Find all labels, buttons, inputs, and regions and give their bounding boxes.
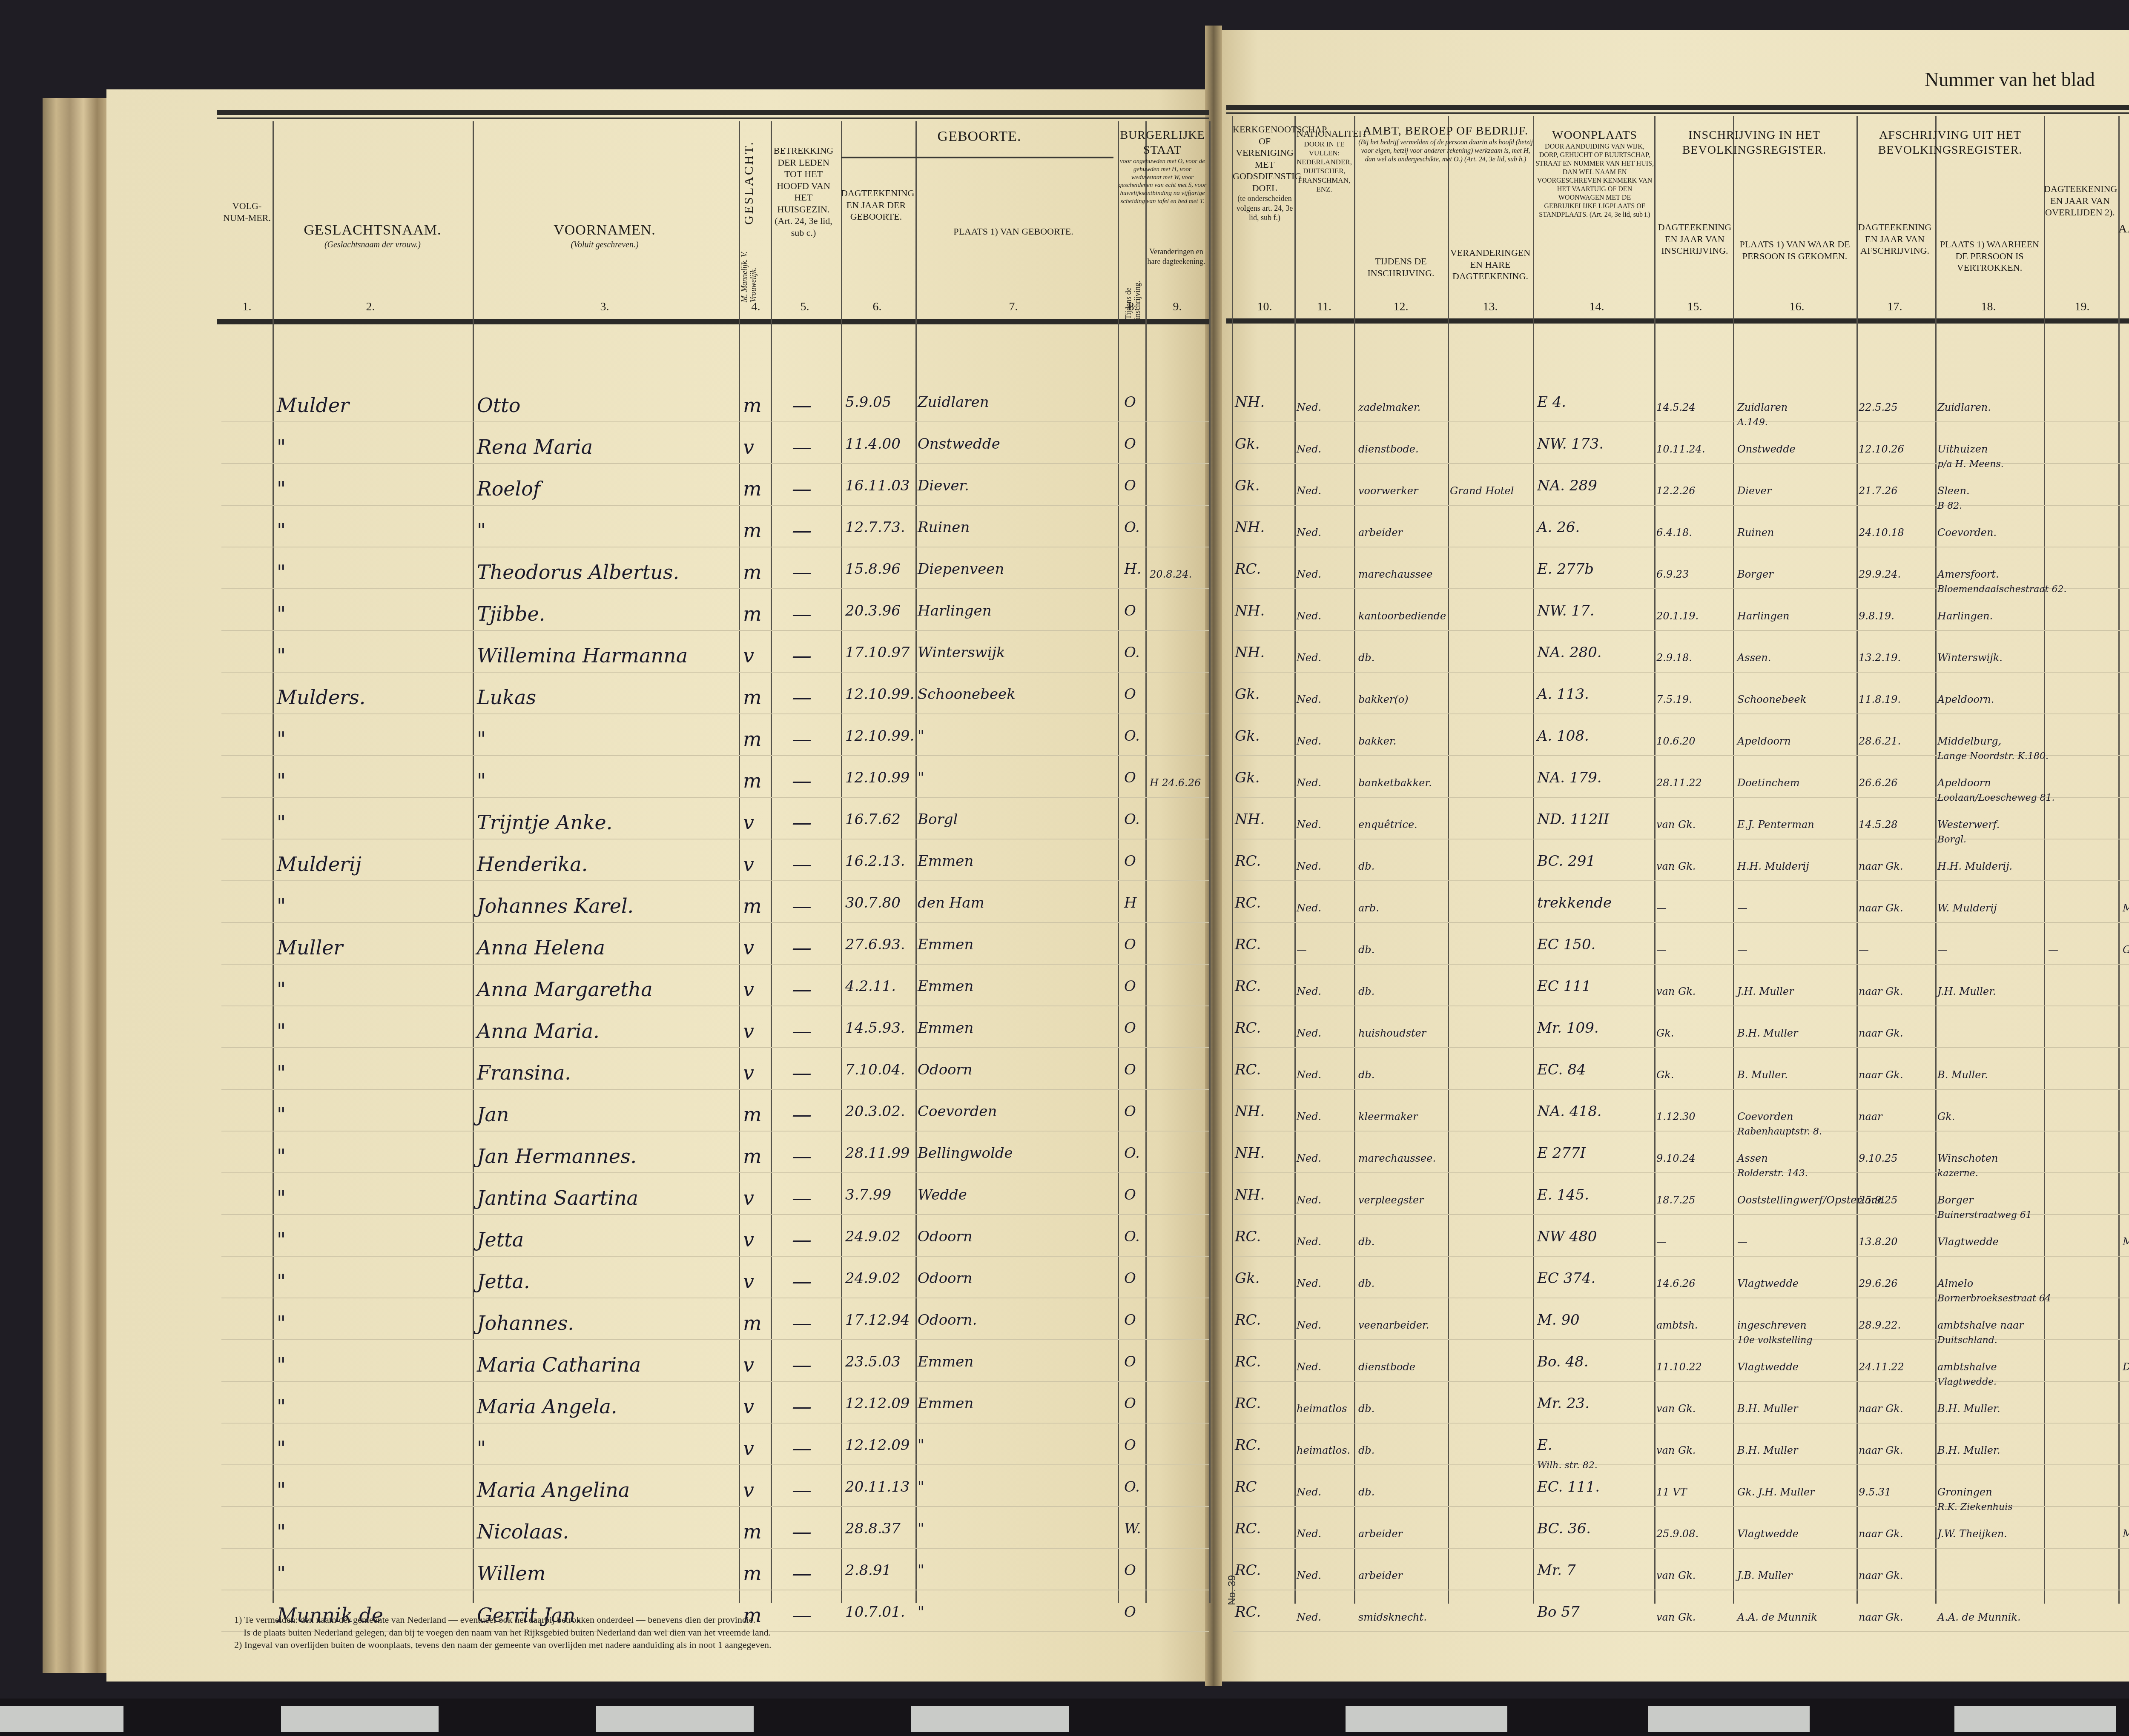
birth-place-cell: " [918,1520,924,1537]
civil-status-cell: O [1124,1186,1136,1203]
column-divider [1209,121,1211,1603]
sex-cell: m [743,894,762,917]
ruled-line [1233,1631,2129,1632]
civil-status-cell: O [1124,1604,1136,1621]
ruled-line [221,839,1209,839]
registration-from-cell: Assen [1737,1152,1768,1164]
nationality-cell: Ned. [1297,1528,1321,1540]
registration-date-cell: van Gk. [1656,985,1696,997]
birth-date-cell: 12.10.99 [845,769,910,786]
column-divider [473,121,474,1603]
registration-from-note: Rabenhauptstr. 8. [1737,1126,1822,1137]
civil-status-cell: O. [1124,644,1140,661]
ruled-line [1233,964,2129,965]
address-cell: trekkende [1537,894,1612,911]
nationality-cell: Ned. [1297,652,1321,664]
relation-cell: — [792,728,812,751]
ruled-line [1233,1172,2129,1173]
sex-cell: m [743,1312,762,1335]
deregistration-date-cell: naar Gk. [1859,1528,1903,1540]
address-cell: Mr. 109. [1537,1020,1599,1037]
remarks-cell: M2. 121. [2123,1528,2129,1540]
deregistration-to-note: Bornerbroeksestraat 64 [1937,1293,2051,1304]
civil-status-cell: O [1124,435,1136,453]
birth-date-cell: 12.12.09 [845,1437,910,1454]
birth-date-cell: 11.4.00 [845,435,901,453]
ruled-line [1233,922,2129,923]
ruled-line [1233,630,2129,631]
church-cell: RC. [1235,1228,1261,1245]
registration-date-cell: 11 VT [1656,1486,1687,1498]
registration-from-cell: B. Muller. [1737,1069,1788,1081]
column-number: 18. [1976,300,2001,314]
ruled-line [1233,880,2129,881]
address-cell: Bo. 48. [1537,1353,1589,1370]
deregistration-date-cell: 9.10.25 [1859,1152,1898,1164]
civil-status-cell: O [1124,853,1136,870]
registration-from-cell: Vlagtwedde [1737,1278,1799,1289]
nationality-cell: Ned. [1297,485,1321,497]
column-divider [273,121,274,1603]
sex-cell: m [743,1520,762,1543]
deregistration-date-cell: 9.8.19. [1859,610,1894,622]
nationality-cell: Ned. [1297,777,1321,789]
deregistration-date-cell: 13.8.20 [1859,1236,1898,1248]
surname-cell: " [277,1186,286,1209]
header-afschrijving: AFSCHRIJVING UIT HET BEVOLKINGSREGISTER. [1856,128,2044,158]
occupation-cell: dienstbode. [1358,443,1419,455]
deregistration-to-cell: Zuidlaren. [1937,401,1991,413]
first-names-cell: Johannes Karel. [477,894,634,917]
registration-date-cell: 2.9.18. [1656,652,1692,664]
sex-cell: v [743,1186,754,1209]
birth-date-cell: 7.10.04. [845,1061,905,1078]
occupation-cell: db. [1358,652,1374,664]
birth-date-cell: 5.9.05 [845,394,891,411]
column-number: 15. [1682,300,1707,314]
ruled-line [1233,1256,2129,1257]
surname-cell: " [277,1437,286,1460]
remarks-cell: M3-131. [2123,902,2129,914]
ruled-line [221,1298,1209,1298]
relation-cell: — [792,477,812,500]
church-cell: NH. [1235,602,1265,619]
occupation-cell: marechaussee. [1358,1152,1436,1164]
right-page [1214,30,2129,1682]
first-names-cell: " [477,519,486,542]
first-names-cell: Henderika. [477,853,588,876]
surname-cell: Mulders. [277,686,365,709]
occupation-cell: dienstbode [1358,1361,1415,1373]
deregistration-date-cell: naar Gk. [1859,985,1903,997]
deregistration-to-cell: ambtshalve naar [1937,1319,2024,1331]
nationality-cell: Ned. [1297,819,1321,831]
column-divider [1232,116,1233,1604]
registration-date-cell: van Gk. [1656,1570,1696,1581]
sex-cell: v [743,1395,754,1418]
birth-place-cell: Diever. [918,477,969,494]
first-names-cell: Theodorus Albertus. [477,561,679,584]
sex-cell: m [743,477,762,500]
nationality-cell: Ned. [1297,1236,1321,1248]
deregistration-date-cell: 22.5.25 [1859,401,1898,413]
first-names-cell: Jetta [477,1228,524,1251]
church-cell: Gk. [1235,1270,1260,1287]
deregistration-to-note: Borgl. [1937,834,1966,845]
civil-status-cell: O. [1124,519,1140,536]
church-cell: RC [1235,1478,1257,1495]
registration-date-cell: 7.5.19. [1656,693,1692,705]
address-cell: EC. 84 [1537,1061,1586,1078]
ruled-line [1233,1590,2129,1590]
address-cell: E 4. [1537,394,1566,411]
deregistration-to-cell: W. Mulderij [1937,902,1997,914]
occupation-cell: kleermaker [1358,1111,1417,1123]
registration-date-cell: 14.6.26 [1656,1278,1696,1289]
registration-from-cell: — [1737,1236,1747,1248]
address-cell: Mr. 7 [1537,1562,1576,1579]
header-voornamen: VOORNAMEN.(Voluit geschreven.) [473,221,737,250]
registration-from-cell: Diever [1737,485,1771,497]
church-cell: RC. [1235,1437,1261,1454]
ruled-line [221,1256,1209,1257]
registration-from-cell: Harlingen [1737,610,1790,622]
header-geboorte-datum: DAGTEEKENING EN JAAR DER GEBOORTE. [841,187,911,223]
church-cell: RC. [1235,978,1261,995]
birth-date-cell: 12.10.99. [845,728,914,745]
occupation-cell: db. [1358,944,1374,956]
sex-cell: v [743,1437,754,1460]
registration-date-cell: 11.10.22 [1656,1361,1702,1373]
civil-status-cell: O [1124,1395,1136,1412]
birth-place-cell: Odoorn [918,1228,973,1245]
relation-cell: — [792,894,812,917]
registration-from-cell: Assen. [1737,652,1771,664]
ruled-line [221,1423,1209,1424]
ruled-line [221,547,1209,547]
column-divider [2118,116,2120,1604]
birth-place-cell: Emmen [918,853,973,870]
church-cell: RC. [1235,853,1261,870]
column-number: 11. [1311,300,1337,314]
civil-status-cell: O [1124,1270,1136,1287]
deregistration-date-cell: naar Gk. [1859,860,1903,872]
civil-status-cell: O [1124,769,1136,786]
nationality-cell: Ned. [1297,1361,1321,1373]
civil-status-cell: O [1124,1437,1136,1454]
column-number: 4. [743,300,769,314]
birth-place-cell: " [918,1562,924,1579]
birth-place-cell: Odoorn [918,1270,973,1287]
sex-cell: v [743,644,754,667]
column-number: 8. [1120,300,1145,314]
registration-from-cell: Onstwedde [1737,443,1796,455]
occupation-cell: db. [1358,985,1374,997]
relation-cell: — [792,519,812,542]
occupation-cell: arbeider [1358,1570,1403,1581]
first-names-cell: Roelof [477,477,540,500]
ruled-line [1233,505,2129,506]
deregistration-to-cell: — [1937,944,1948,956]
address-cell: NW. 17. [1537,602,1594,619]
address-cell: A. 26. [1537,519,1580,536]
ruled-line [1233,1548,2129,1549]
birth-place-cell: Emmen [918,978,973,995]
registration-from-cell: J.B. Muller [1737,1570,1792,1581]
column-divider [771,121,772,1603]
top-rule-left-thin [217,117,1209,119]
column-number: 13. [1478,300,1503,314]
header-geboorte-group: GEBOORTE. [841,128,1118,146]
relation-cell: — [792,1061,812,1084]
nationality-cell: Ned. [1297,693,1321,705]
deregistration-date-cell: 14.5.28 [1859,819,1898,831]
geboorte-subrule [841,157,1113,158]
column-divider [2044,116,2045,1604]
ruled-line [221,1172,1209,1173]
address-cell: EC 111 [1537,978,1591,995]
ruled-line [221,713,1209,714]
deregistration-date-cell: naar Gk. [1859,1027,1903,1039]
registration-date-cell: — [1656,1236,1667,1248]
deregistration-to-cell: Gk. [1937,1111,1955,1123]
deregistration-to-cell: Winterswijk. [1937,652,2003,664]
sex-cell: m [743,561,762,584]
address-cell: E. [1537,1437,1552,1454]
deregistration-to-cell: Middelburg, [1937,735,2001,747]
first-names-cell: Willem [477,1562,545,1585]
civil-status-cell: O [1124,1020,1136,1037]
relation-cell: — [792,853,812,876]
first-names-cell: " [477,1437,486,1460]
ruled-line [221,1464,1209,1465]
birth-date-cell: 12.12.09 [845,1395,910,1412]
header-aanmerkingen: AANMERKINGEN.(Art. 24, 5e lid.) [2118,221,2129,248]
church-cell: Gk. [1235,435,1260,453]
first-names-cell: Nicolaas. [477,1520,569,1543]
relation-cell: — [792,936,812,959]
occupation-cell: db. [1358,1278,1374,1289]
ruled-line [1233,672,2129,673]
sex-cell: v [743,1228,754,1251]
church-cell: RC. [1235,1395,1261,1412]
birth-date-cell: 16.11.03 [845,477,910,494]
church-cell: NH. [1235,1103,1265,1120]
registration-from-note: A.149. [1737,417,1768,428]
ruled-line [1233,547,2129,547]
sex-cell: m [743,1103,762,1126]
registration-from-cell: Zuidlaren [1737,401,1788,413]
registration-date-cell: van Gk. [1656,1444,1696,1456]
address-cell: NA. 280. [1537,644,1602,661]
occupation-cell: arbeider [1358,527,1403,539]
ruled-line [1233,1131,2129,1132]
birth-place-cell: Emmen [918,1395,973,1412]
occupation-cell: db. [1358,1444,1374,1456]
deregistration-date-cell: naar Gk. [1859,1444,1903,1456]
occupation-cell: bakker. [1358,735,1396,747]
deregistration-date-cell: 28.9.22. [1859,1319,1901,1331]
registration-from-cell: A.A. de Munnik [1737,1611,1817,1623]
ruled-line [221,1047,1209,1048]
nationality-cell: Ned. [1297,985,1321,997]
surname-cell: " [277,1270,286,1293]
sheet-number-label: Nummer van het blad [1925,68,2095,91]
deregistration-to-note: B 82. [1937,501,1962,511]
registration-date-cell: Gk. [1656,1027,1674,1039]
nationality-cell: — [1297,944,1307,956]
column-number: 17. [1882,300,1908,314]
church-cell: RC. [1235,1061,1261,1078]
deregistration-to-cell: H.H. Mulderij. [1937,860,2012,872]
address-cell: NA. 289 [1537,477,1597,494]
deregistration-to-note: p/a H. Meens. [1937,459,2004,470]
occupation-change-cell: Grand Hotel [1450,485,1514,497]
surname-cell: " [277,602,286,625]
registration-from-cell: Schoonebeek [1737,693,1806,705]
civil-status-cell: O. [1124,1478,1140,1495]
birth-place-cell: Odoorn. [918,1312,977,1329]
top-rule-right-thin [1226,112,2129,114]
birth-date-cell: 17.10.97 [845,644,910,661]
registration-date-cell: 14.5.24 [1656,401,1696,413]
ruled-line [1233,839,2129,839]
address-cell: E. 145. [1537,1186,1589,1203]
column-number: 14. [1584,300,1610,314]
relation-cell: — [792,1228,812,1251]
header-betrekking: BETREKKING DER LEDEN TOT HET HOOFD VAN H… [772,145,835,238]
registration-from-cell: Borger [1737,568,1773,580]
gutter-number: No. 39 [1226,1575,1238,1605]
footnote-1b: Is de plaats buiten Nederland gelegen, d… [234,1626,772,1639]
address-cell: NA. 179. [1537,769,1602,786]
registration-date-cell: van Gk. [1656,860,1696,872]
registration-from-cell: B.H. Muller [1737,1444,1798,1456]
deregistration-to-note: Vlagtwedde. [1937,1377,1997,1387]
registration-from-cell: Apeldoorn [1737,735,1791,747]
scale-square [596,1706,754,1732]
birth-place-cell: Diepenveen [918,561,1004,578]
deregistration-to-note: kazerne. [1937,1168,1978,1179]
nationality-cell: Ned. [1297,1194,1321,1206]
column-divider [915,121,917,1603]
relation-cell: — [792,1145,812,1168]
column-number: 16. [1784,300,1810,314]
birth-date-cell: 20.3.02. [845,1103,905,1120]
header-ambt-tijdens: TIJDENS DE INSCHRIJVING. [1358,255,1443,279]
registration-from-cell: Doetinchem [1737,777,1800,789]
occupation-cell: bakker(o) [1358,693,1409,705]
column-number: 9. [1165,300,1190,314]
relation-cell: — [792,978,812,1001]
column-number: 1. [234,300,260,314]
nationality-cell: Ned. [1297,902,1321,914]
column-divider [739,121,740,1603]
relation-cell: — [792,1186,812,1209]
header-afschrijving-datum: DAGTEEKENING EN JAAR VAN AFSCHRIJVING. [1856,221,1933,257]
deregistration-to-cell: B. Muller. [1937,1069,1988,1081]
relation-cell: — [792,1270,812,1293]
column-divider [1145,121,1147,1603]
surname-cell: " [277,435,286,458]
address-cell: NW. 173. [1537,435,1604,453]
church-cell: RC. [1235,561,1261,578]
occupation-cell: enquêtrice. [1358,819,1417,831]
deregistration-date-cell: 24.11.22 [1859,1361,1904,1373]
birth-date-cell: 24.9.02 [845,1228,901,1245]
surname-cell: " [277,1228,286,1251]
footnote-1: 1) Te vermelden: den naam der gemeente v… [234,1613,772,1626]
civil-status-change-cell: 20.8.24. [1150,568,1192,580]
birth-place-cell: den Ham [918,894,984,911]
nationality-cell: Ned. [1297,1152,1321,1164]
ruled-line [221,1339,1209,1340]
birth-place-cell: Wedde [918,1186,967,1203]
sex-cell: v [743,936,754,959]
nationality-cell: Ned. [1297,1611,1321,1623]
deregistration-date-cell: 25.9.25 [1859,1194,1898,1206]
header-overlijden: DAGTEEKENING EN JAAR VAN OVERLIJDEN 2). [2044,183,2116,218]
registration-from-cell: E.J. Penterman [1737,819,1814,831]
civil-status-cell: O. [1124,728,1140,745]
first-names-cell: Anna Margaretha [477,978,653,1001]
scale-square [911,1706,1069,1732]
deregistration-to-cell: Uithuizen [1937,443,1988,455]
column-divider [1654,116,1656,1604]
ruled-line [1233,1464,2129,1465]
nationality-cell: Ned. [1297,860,1321,872]
registration-date-cell: 12.2.26 [1656,485,1696,497]
header-geslacht: GESLACHT. [742,140,756,225]
page-stack-left [43,98,111,1673]
scale-square [0,1706,123,1732]
registration-from-cell: Vlagtwedde [1737,1361,1799,1373]
civil-status-cell: O [1124,1562,1136,1579]
ruled-line [221,505,1209,506]
surname-cell: Mulder [277,394,349,417]
relation-cell: — [792,1604,812,1627]
registration-date-cell: 9.10.24 [1656,1152,1696,1164]
ruled-line [221,463,1209,464]
registration-date-cell: 1.12.30 [1656,1111,1696,1123]
registration-from-cell: ingeschreven [1737,1319,1807,1331]
footnote-2: 2) Ingeval van overlijden buiten de woon… [234,1639,772,1651]
column-divider [841,121,842,1603]
ruled-line [221,672,1209,673]
remarks-cell: Deze persoon werd ambtshalve naar deze g… [2123,1361,2129,1373]
address-cell: E. 277b [1537,561,1594,578]
occupation-cell: veenarbeider. [1358,1319,1429,1331]
relation-cell: — [792,1437,812,1460]
nationality-cell: heimatlos. [1297,1444,1350,1456]
relation-cell: — [792,1395,812,1418]
birth-place-cell: " [918,769,924,786]
occupation-cell: zadelmaker. [1358,401,1420,413]
registration-date-cell: 6.4.18. [1656,527,1692,539]
relation-cell: — [792,1478,812,1501]
header-rule-left [217,319,1209,324]
church-cell: RC. [1235,894,1261,911]
surname-cell: " [277,1020,286,1043]
ruled-line [221,1214,1209,1215]
column-divider [1856,116,1858,1604]
civil-status-cell: O [1124,1353,1136,1370]
first-names-cell: Trijntje Anke. [477,811,612,834]
nationality-cell: Ned. [1297,401,1321,413]
first-names-cell: Willemina Harmanna [477,644,688,667]
registration-date-cell: van Gk. [1656,1611,1696,1623]
column-divider [1733,116,1734,1604]
